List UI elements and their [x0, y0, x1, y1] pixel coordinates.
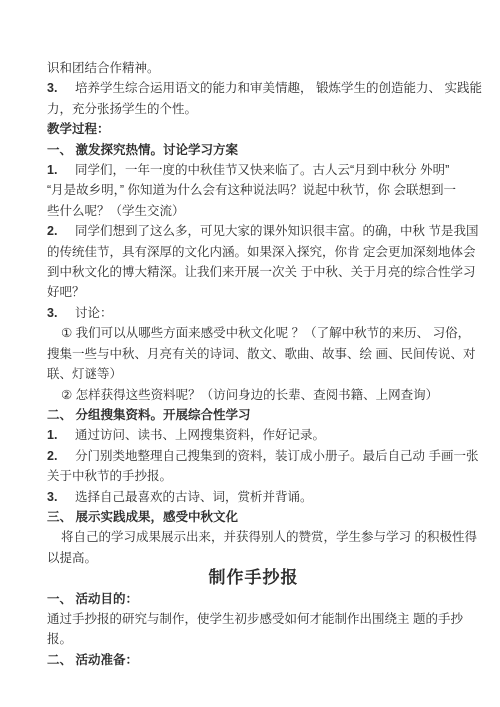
- list-text: 讨论：: [75, 306, 113, 320]
- document-page: 识和团结合作精神。 3.培养学生综合运用语文的能力和审美情趣， 锻炼学生的创造能…: [0, 0, 500, 707]
- circled-item: ① 我们可以从哪些方面来感受中秋文化呢 ？（了解中秋节的来历、 习俗，: [47, 323, 460, 343]
- numbered-item: 3.讨论：: [47, 303, 460, 323]
- numbered-item: 3.选择自己最喜欢的古诗、词，赏析并背诵。: [47, 487, 460, 507]
- text-line: 的传统佳节，具有深厚的文化内涵。如果深入探究，你肯 定会更加深刻地体会: [47, 242, 460, 262]
- list-number: 1.: [47, 160, 60, 180]
- list-text: 同学们，一年一度的中秋佳节又快来临了。古人云“月到中秋分 外明”: [75, 163, 449, 177]
- text-line: 报。: [47, 629, 460, 649]
- section-header-line: 三、 展示实践成果，感受中秋文化: [47, 507, 460, 527]
- text-line: 力，充分张扬学生的个性。: [47, 99, 460, 119]
- list-number: 1.: [47, 425, 60, 445]
- list-text: 选择自己最喜欢的古诗、词，赏析并背诵。: [75, 490, 313, 504]
- section-header-line: 一、 活动目的：: [47, 589, 460, 609]
- text-line: 好吧？: [47, 282, 460, 302]
- text-line: “月是故乡明，” 你知道为什么会有这种说法吗？说起中秋节，你 会联想到一: [47, 180, 460, 200]
- text-line: 通过手抄报的研究与制作，使学生初步感受如何才能制作出围绕主 题的手抄: [47, 609, 460, 629]
- numbered-item: 2.分门别类地整理自己搜集到的资料，装订成小册子。最后自己动 手画一张: [47, 446, 460, 466]
- circled-item: ② 怎样获得这些资料呢？（访问身边的长辈、查阅书籍、上网查询）: [47, 385, 460, 405]
- text-line: 到中秋文化的博大精深。让我们来开展一次关 于中秋、关于月亮的综合性学习: [47, 262, 460, 282]
- list-number: 3.: [47, 78, 60, 98]
- section-header-line: 教学过程：: [47, 119, 460, 139]
- text-line: 以提高。: [47, 548, 460, 568]
- list-number: 3.: [47, 487, 60, 507]
- numbered-item: 1.通过访问、读书、上网搜集资料，作好记录。: [47, 425, 460, 445]
- list-number: 2.: [47, 446, 60, 466]
- section-header-line: 二、 活动准备：: [47, 650, 460, 670]
- list-text: 通过访问、读书、上网搜集资料，作好记录。: [75, 428, 325, 442]
- text-line: 识和团结合作精神。: [47, 58, 460, 78]
- text-line: 些什么呢？（学生交流）: [47, 201, 460, 221]
- section-heading: 制作手抄报: [47, 568, 460, 588]
- text-line: 关于中秋节的手抄报。: [47, 466, 460, 486]
- text-line: 将自己的学习成果展示出来，并获得别人的赞赏，学生参与学习 的积极性得: [47, 527, 460, 547]
- numbered-item: 3.培养学生综合运用语文的能力和审美情趣， 锻炼学生的创造能力、 实践能: [47, 78, 460, 98]
- list-text: 分门别类地整理自己搜集到的资料，装订成小册子。最后自己动 手画一张: [75, 449, 478, 463]
- list-text: 培养学生综合运用语文的能力和审美情趣， 锻炼学生的创造能力、 实践能: [75, 81, 482, 95]
- numbered-item: 1.同学们，一年一度的中秋佳节又快来临了。古人云“月到中秋分 外明”: [47, 160, 460, 180]
- section-header-line: 一、 激发探究热情。讨论学习方案: [47, 140, 460, 160]
- list-number: 3.: [47, 303, 60, 323]
- text-line: 搜集一些与中秋、月亮有关的诗词、散文、歌曲、故事、绘 画、民间传说、对: [47, 344, 460, 364]
- section-header-line: 二、 分组搜集资料。开展综合性学习: [47, 405, 460, 425]
- list-number: 2.: [47, 221, 60, 241]
- text-line: 联、灯谜等）: [47, 364, 460, 384]
- list-text: 同学们想到了这么多，可见大家的课外知识很丰富。的确，中秋 节是我国: [75, 224, 478, 238]
- numbered-item: 2.同学们想到了这么多，可见大家的课外知识很丰富。的确，中秋 节是我国: [47, 221, 460, 241]
